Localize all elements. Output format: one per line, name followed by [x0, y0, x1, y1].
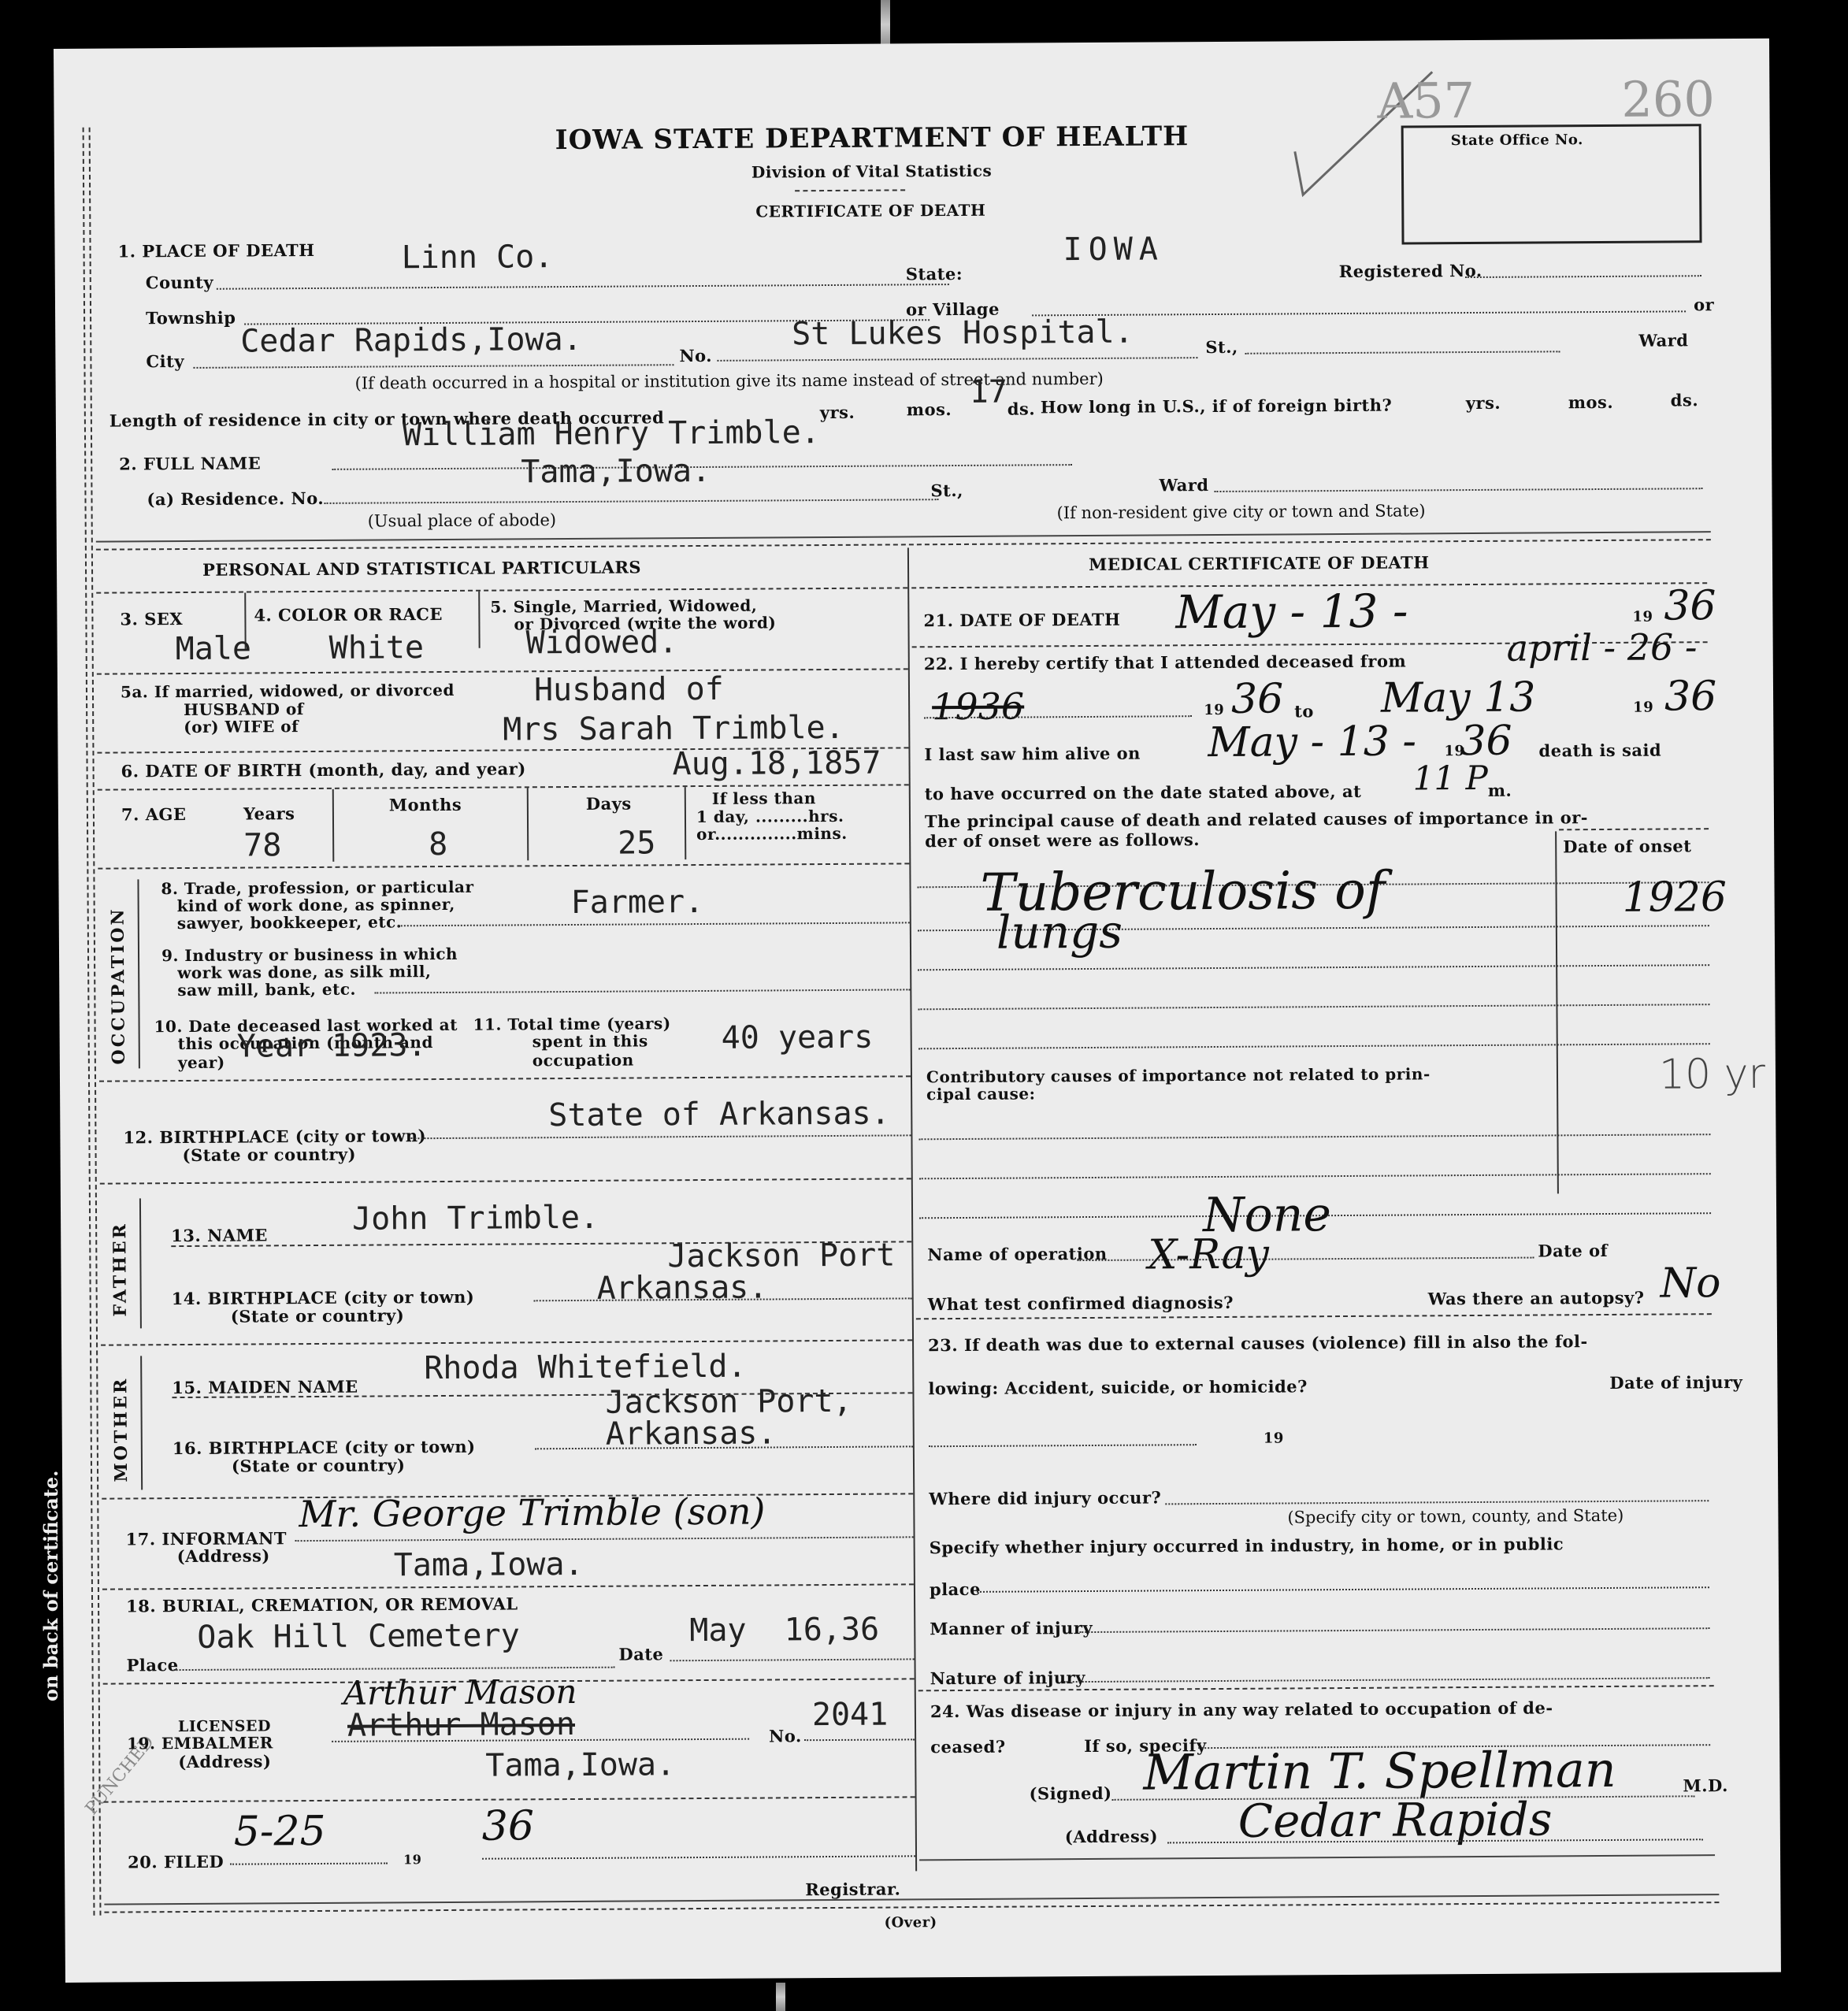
industry-line [374, 989, 910, 993]
spouse-label-3: (or) WIFE of [184, 717, 299, 737]
foreign-yrs: yrs. [1466, 393, 1501, 413]
informant-name-value: Mr. George Trimble (son) [299, 1490, 765, 1536]
license-no-value: 2041 [812, 1697, 889, 1734]
marital-value: Widowed. [525, 624, 677, 661]
certificate-subtitle: CERTIFICATE OF DEATH [755, 201, 985, 221]
residence-ward-line [1214, 488, 1702, 492]
residence-st-label: St., [930, 480, 963, 500]
date-of-death-value: May - 13 - [1175, 584, 1408, 640]
occupation-related-2: ceased? [930, 1737, 1006, 1757]
residence-value: Tama,Iowa. [521, 453, 711, 490]
street-label: St., [1205, 337, 1238, 357]
injury-date-line [929, 1444, 1197, 1447]
manner-label: Manner of injury [930, 1618, 1093, 1638]
test-label: What test confirmed diagnosis? [928, 1293, 1234, 1314]
residence-ward-label: Ward [1159, 475, 1208, 495]
rule [101, 1339, 912, 1345]
age-days-value: 25 [618, 825, 655, 861]
where-label: Where did injury occur? [929, 1487, 1161, 1508]
death-year-prefix: 19 [1632, 609, 1653, 625]
rule [100, 1178, 911, 1184]
m-label: m. [1488, 781, 1512, 800]
filed-label: 20. FILED [128, 1852, 224, 1872]
rule [96, 587, 907, 593]
county-value: Linn Co. [401, 239, 553, 276]
header-rule [795, 189, 905, 191]
rule [99, 1075, 911, 1082]
address-label: (Address) [1065, 1826, 1158, 1846]
spouse-line-2: Mrs Sarah Trimble. [503, 710, 844, 748]
film-streak-top [881, 0, 890, 49]
specify-label-1: Specify whether injury occurred in indus… [930, 1534, 1564, 1557]
total-time-label-3: occupation [533, 1051, 634, 1070]
father-side-label: FATHER [109, 1222, 131, 1317]
birthplace-value: State of Arkansas. [548, 1096, 890, 1134]
rule [104, 1796, 915, 1802]
license-line [804, 1738, 915, 1741]
less-than-1: If less than [712, 788, 816, 808]
cell-divider [332, 789, 335, 862]
total-time-label-2: spent in this [533, 1031, 648, 1051]
cause-line [918, 1004, 1709, 1010]
occupation-related-1: 24. Was disease or injury in any way rel… [930, 1697, 1553, 1721]
onset-label: Date of onset [1563, 836, 1691, 856]
cell-divider [685, 787, 687, 859]
full-name-value: William Henry Trimble. [403, 414, 820, 453]
injury-date-label: Date of injury [1609, 1372, 1742, 1393]
occupation-bracket [137, 879, 139, 1068]
onset-value: 1926 [1622, 874, 1727, 922]
attended-from-value: april - 26 - [1507, 625, 1698, 669]
burial-date-line [670, 1658, 915, 1661]
ds-label: ds. [1007, 399, 1035, 418]
informant-address-value: Tama,Iowa. [394, 1546, 584, 1583]
ward-label: Ward [1638, 330, 1688, 350]
street-line [1245, 351, 1560, 354]
department-title: IOWA STATE DEPARTMENT OF HEALTH [555, 121, 1189, 156]
county-label: County [146, 273, 213, 293]
struck-year-value: 1936 [932, 685, 1024, 728]
contrib-line [918, 1134, 1710, 1140]
father-name-label: 13. NAME [171, 1225, 268, 1245]
no-label: No. [679, 346, 712, 365]
industry-label-3: saw mill, bank, etc. [177, 980, 356, 1000]
state-value: IOWA [1063, 231, 1164, 268]
filed-registrar-line [482, 1855, 915, 1859]
onset-divider [1555, 831, 1559, 1193]
sex-label: 3. SEX [120, 609, 183, 629]
place-of-death-label: 1. PLACE OF DEATH [117, 240, 314, 262]
time-value: 11 P [1413, 759, 1488, 798]
state-label: State: [906, 264, 963, 284]
attended-to-value: May 13 [1381, 674, 1536, 722]
dob-value: Aug.18,1857 [672, 745, 881, 783]
autopsy-label: Was there an autopsy? [1428, 1288, 1645, 1309]
to-year-value: 36 [1664, 673, 1717, 720]
age-label: 7. AGE [121, 804, 187, 825]
file-stamp-left: A57 [1377, 72, 1475, 130]
autopsy-value: No [1660, 1260, 1720, 1307]
rule [98, 863, 909, 869]
total-time-value: 40 years [722, 1019, 874, 1056]
cell-divider [527, 788, 529, 860]
over-label: (Over) [884, 1914, 937, 1931]
less-than-3: or..............mins. [696, 824, 848, 844]
certify-label: 22. I hereby certify that I attended dec… [924, 651, 1407, 674]
informant-address-label: (Address) [177, 1545, 270, 1566]
cause-line [918, 1043, 1710, 1049]
maiden-name-label: 15. MAIDEN NAME [172, 1377, 358, 1397]
rule [102, 1583, 914, 1590]
rule [916, 1313, 1712, 1319]
residence-line [325, 499, 939, 504]
contrib-label-2: cipal cause: [926, 1084, 1035, 1104]
embalmer-address-label: (Address) [178, 1751, 271, 1772]
from-year-prefix: 19 [1204, 702, 1224, 718]
test-value: X-Ray [1148, 1231, 1269, 1279]
or-label: or [1694, 295, 1714, 314]
to-year-prefix: 19 [1633, 699, 1653, 716]
last-saw-label: I last saw him alive on [924, 744, 1141, 765]
race-label: 4. COLOR OR RACE [254, 604, 443, 625]
embalmer-typed-name: Arthur Mason [347, 1706, 575, 1744]
where-note: (Specify city or town, county, and State… [1287, 1506, 1623, 1527]
death-said-label: death is said [1538, 740, 1661, 761]
cause-line-2-value: lungs [996, 905, 1123, 959]
institution-line [717, 357, 1197, 362]
trade-value: Farmer. [570, 884, 703, 921]
embalmer-address-value: Tama,Iowa. [485, 1746, 675, 1783]
father-birthplace-label-2: (State or country) [231, 1305, 405, 1326]
rule [1559, 828, 1709, 830]
age-months-value: 8 [429, 826, 447, 863]
date-of-death-label: 21. DATE OF DEATH [923, 610, 1120, 631]
division-subtitle: Division of Vital Statistics [751, 161, 992, 182]
institution-value: St Lukes Hospital. [792, 314, 1134, 353]
father-bracket [139, 1198, 142, 1328]
abode-note: (Usual place of abode) [368, 510, 557, 530]
registrar-label: Registrar. [805, 1879, 900, 1899]
age-days-label: Days [586, 794, 632, 814]
rule [97, 668, 908, 674]
last-worked-label-3: year) [178, 1053, 225, 1072]
mother-birthplace-label-2: (State or country) [232, 1455, 406, 1475]
township-label: Township [146, 308, 236, 328]
residence-label: (a) Residence. No. [147, 488, 324, 509]
contrib-label-1: Contributory causes of importance not re… [926, 1064, 1431, 1086]
place-line [977, 1586, 1709, 1593]
spouse-line-1: Husband of [534, 671, 724, 708]
file-stamp-right: 260 [1621, 70, 1715, 128]
margin-note: on back of certificate. [39, 1471, 62, 1701]
manner-line [1079, 1627, 1709, 1633]
cause-intro-1: The principal cause of death and related… [925, 807, 1588, 831]
death-certificate: PUNCHED IOWA STATE DEPARTMENT OF HEALTH … [54, 39, 1781, 1983]
medical-section-title: MEDICAL CERTIFICATE OF DEATH [1089, 552, 1430, 574]
burial-label: 18. BURIAL, CREMATION, OR REMOVAL [126, 1594, 518, 1616]
maiden-name-value: Rhoda Whitefield. [424, 1349, 747, 1387]
where-line [1165, 1500, 1709, 1505]
mother-bracket [140, 1356, 143, 1490]
burial-place-value: Oak Hill Cemetery [197, 1617, 520, 1656]
birthplace-label-2: (State or country) [183, 1145, 357, 1165]
filed-year-prefix: 19 [403, 1852, 421, 1867]
column-divider [907, 547, 917, 1871]
trade-label-3: sawyer, bookkeeper, etc. [177, 912, 403, 933]
filed-year-value: 36 [482, 1802, 535, 1850]
dob-label: 6. DATE OF BIRTH (month, day, and year) [121, 759, 526, 781]
informant-line [295, 1536, 914, 1542]
occupation-side-label: OCCUPATION [108, 907, 129, 1064]
cell-divider [478, 592, 480, 648]
cause-intro-2: der of onset were as follows. [925, 829, 1200, 851]
registered-no-label: Registered No. [1339, 261, 1482, 281]
city-label: City [146, 351, 184, 371]
state-office-label: State Office No. [1451, 132, 1583, 149]
contrib-onset-value: 10 yr [1659, 1051, 1765, 1099]
burial-place-line [174, 1667, 615, 1671]
county-line [217, 284, 949, 290]
foreign-ds: ds. [1671, 390, 1698, 410]
state-office-box: State Office No. [1401, 124, 1702, 244]
nature-label: Nature of injury [930, 1668, 1085, 1688]
mother-side-label: MOTHER [110, 1377, 132, 1482]
external-label-2: lowing: Accident, suicide, or homicide? [928, 1376, 1308, 1398]
yrs-label: yrs. [820, 403, 855, 422]
contrib-line [919, 1173, 1711, 1179]
last-worked-value: Year 1923. [237, 1027, 427, 1064]
city-line [193, 364, 674, 369]
burial-place-label: Place [126, 1655, 178, 1675]
operation-date-label: Date of [1538, 1241, 1608, 1261]
bottom-rule [919, 1854, 1715, 1861]
injury-year-prefix: 19 [1264, 1430, 1284, 1446]
md-label: M.D. [1683, 1775, 1727, 1795]
signed-label: (Signed) [1029, 1783, 1111, 1804]
burial-date-value: May 16,36 [689, 1612, 879, 1649]
last-saw-value: May - 13 - [1208, 718, 1416, 766]
left-border-inner [89, 128, 102, 1916]
embalmer-label-2: 19. EMBALMER [127, 1733, 273, 1753]
left-border [83, 128, 95, 1916]
race-value: White [329, 629, 425, 666]
mos-label: mos. [907, 399, 952, 419]
operation-label: Name of operation [927, 1244, 1107, 1264]
filed-line [230, 1862, 388, 1864]
filed-date-value: 5-25 [234, 1808, 326, 1856]
nature-line [1064, 1677, 1710, 1683]
burial-date-label: Date [618, 1644, 663, 1664]
foreign-mos: mos. [1568, 392, 1614, 412]
father-name-value: John Trimble. [352, 1200, 599, 1237]
from-year-value: 36 [1231, 675, 1284, 722]
spouse-label-1: 5a. If married, widowed, or divorced [121, 681, 455, 702]
death-year-value: 36 [1664, 582, 1716, 629]
age-years-label: Years [243, 803, 295, 823]
operation-line [1077, 1257, 1534, 1262]
nonresident-note: (If non-resident give city or town and S… [1057, 501, 1426, 522]
sex-value: Male [176, 630, 252, 667]
city-value: Cedar Rapids,Iowa. [240, 321, 582, 360]
age-months-label: Months [389, 795, 462, 815]
personal-section-title: PERSONAL AND STATISTICAL PARTICULARS [202, 557, 641, 579]
foreign-birth-label: How long in U.S., if of foreign birth? [1041, 395, 1393, 417]
specify-label-2: place [930, 1579, 981, 1599]
occurred-label: to have occurred on the date stated abov… [925, 781, 1362, 803]
birthplace-line [410, 1134, 911, 1139]
registered-line [1465, 275, 1701, 278]
film-streak-bottom [776, 1983, 785, 2011]
full-name-label: 2. FULL NAME [119, 453, 261, 473]
residence-days-value: 17 [970, 374, 1007, 410]
external-label-1: 23. If death was due to external causes … [928, 1331, 1588, 1355]
license-no-label: No. [769, 1726, 802, 1746]
cause-line [918, 964, 1709, 970]
age-years-value: 78 [243, 827, 281, 863]
trade-line [398, 922, 910, 926]
father-birthplace-line-2: Arkansas. [596, 1269, 767, 1306]
